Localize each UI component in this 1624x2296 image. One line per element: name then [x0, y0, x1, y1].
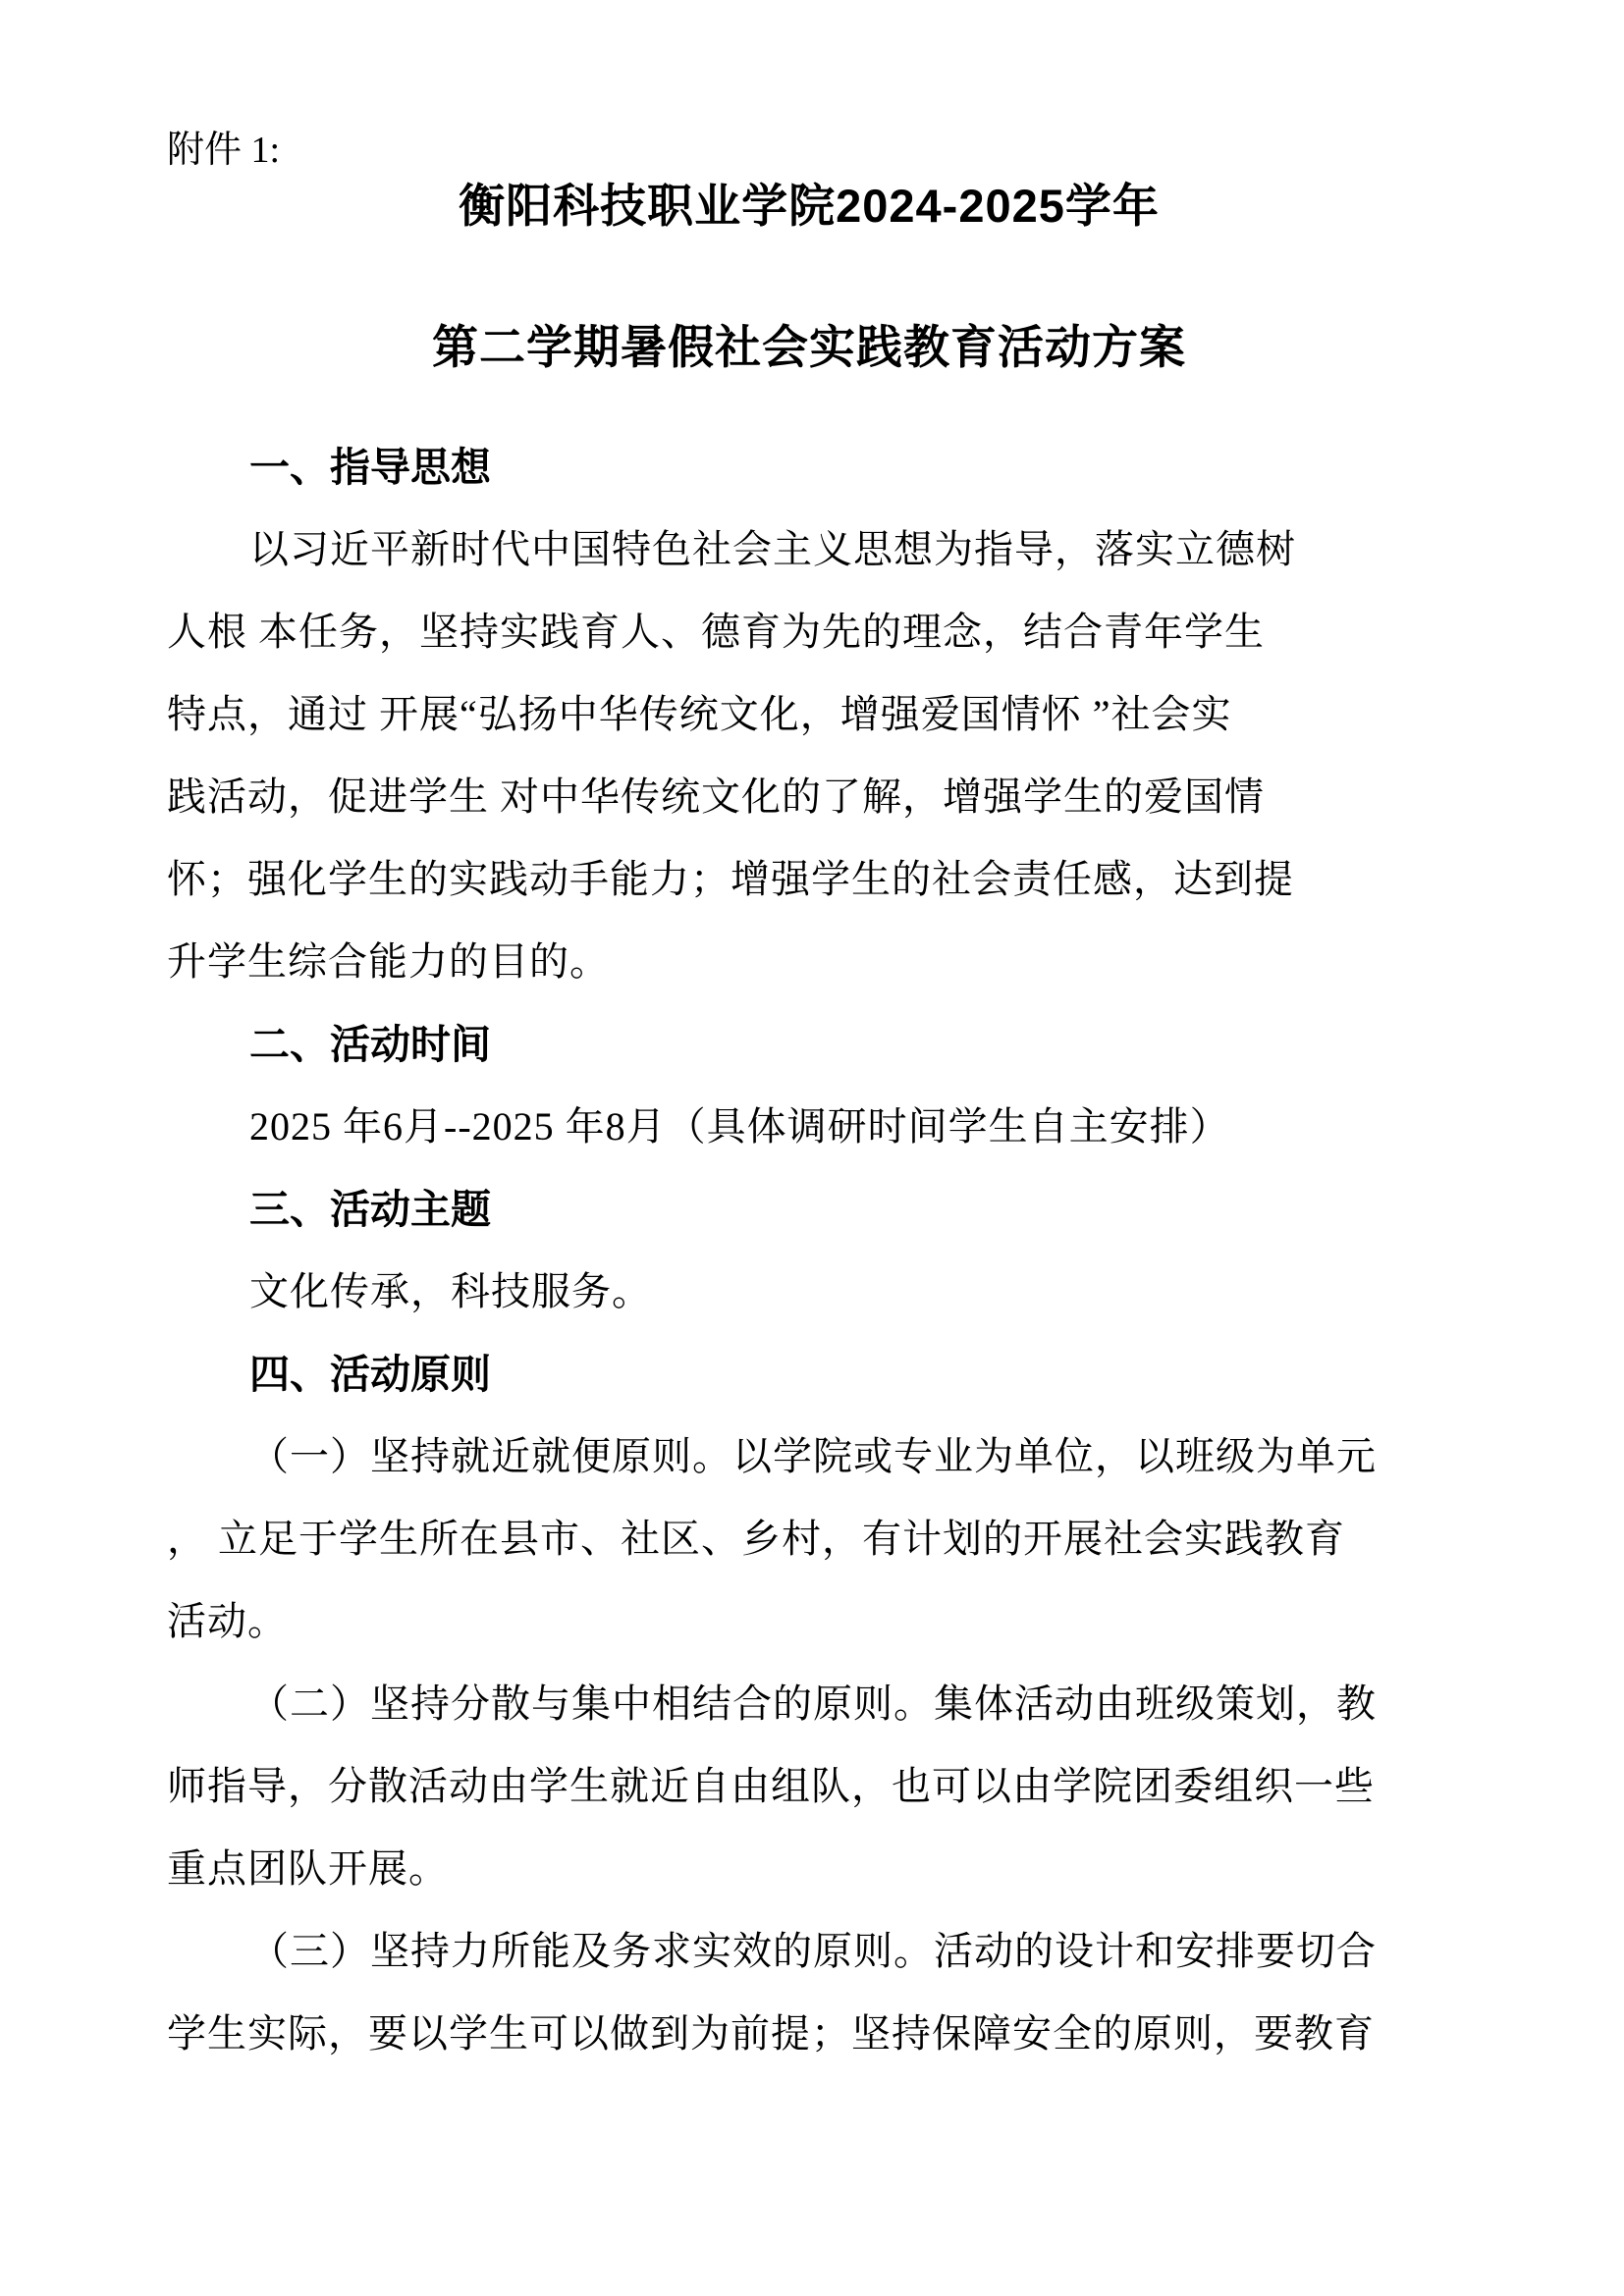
section-heading-guiding-ideology: 一、指导思想 [167, 426, 1451, 508]
attachment-label: 附件 1: [167, 128, 1451, 173]
paragraph-line: 活动。 [167, 1580, 1451, 1663]
paragraph-line: 2025 年6月--2025 年8月（具体调研时间学生自主安排） [167, 1086, 1451, 1168]
document-body: 一、指导思想 以习近平新时代中国特色社会主义思想为指导，落实立德树 人根 本任务… [167, 426, 1451, 2075]
paragraph-line: 重点团队开展。 [167, 1828, 1451, 1910]
paragraph-line: 践活动，促进学生 对中华传统文化的了解，增强学生的爱国情 [167, 756, 1451, 838]
paragraph-line: 升学生综合能力的目的。 [167, 921, 1451, 1003]
section-heading-activity-principles: 四、活动原则 [167, 1333, 1451, 1415]
paragraph-line: 特点，通过 开展“弘扬中华传统文化，增强爱国情怀 ”社会实 [167, 673, 1451, 756]
document-title-line-1: 衡阳科技职业学院2024-2025学年 [167, 175, 1451, 238]
section-heading-activity-theme: 三、活动主题 [167, 1168, 1451, 1251]
paragraph-line: 师指导，分散活动由学生就近自由组队，也可以由学院团委组织一些 [167, 1745, 1451, 1828]
paragraph-line: （二）坚持分散与集中相结合的原则。集体活动由班级策划，教 [167, 1663, 1451, 1745]
paragraph-line: 怀；强化学生的实践动手能力；增强学生的社会责任感，达到提 [167, 838, 1451, 921]
paragraph-line: 学生实际，要以学生可以做到为前提；坚持保障安全的原则，要教育 [167, 1993, 1451, 2075]
section-heading-activity-time: 二、活动时间 [167, 1003, 1451, 1086]
paragraph-line: （三）坚持力所能及务求实效的原则。活动的设计和安排要切合 [167, 1910, 1451, 1993]
document-page: 附件 1: 衡阳科技职业学院2024-2025学年 第二学期暑假社会实践教育活动… [0, 0, 1624, 2296]
document-title-line-2: 第二学期暑假社会实践教育活动方案 [167, 316, 1451, 379]
paragraph-line: （一）坚持就近就便原则。以学院或专业为单位，以班级为单元 [167, 1415, 1451, 1498]
paragraph-line: 文化传承，科技服务。 [167, 1251, 1451, 1333]
paragraph-line: 以习近平新时代中国特色社会主义思想为指导，落实立德树 [167, 508, 1451, 591]
paragraph-line: 人根 本任务，坚持实践育人、德育为先的理念，结合青年学生 [167, 591, 1451, 673]
paragraph-line: ， 立足于学生所在县市、社区、乡村，有计划的开展社会实践教育 [167, 1498, 1451, 1580]
